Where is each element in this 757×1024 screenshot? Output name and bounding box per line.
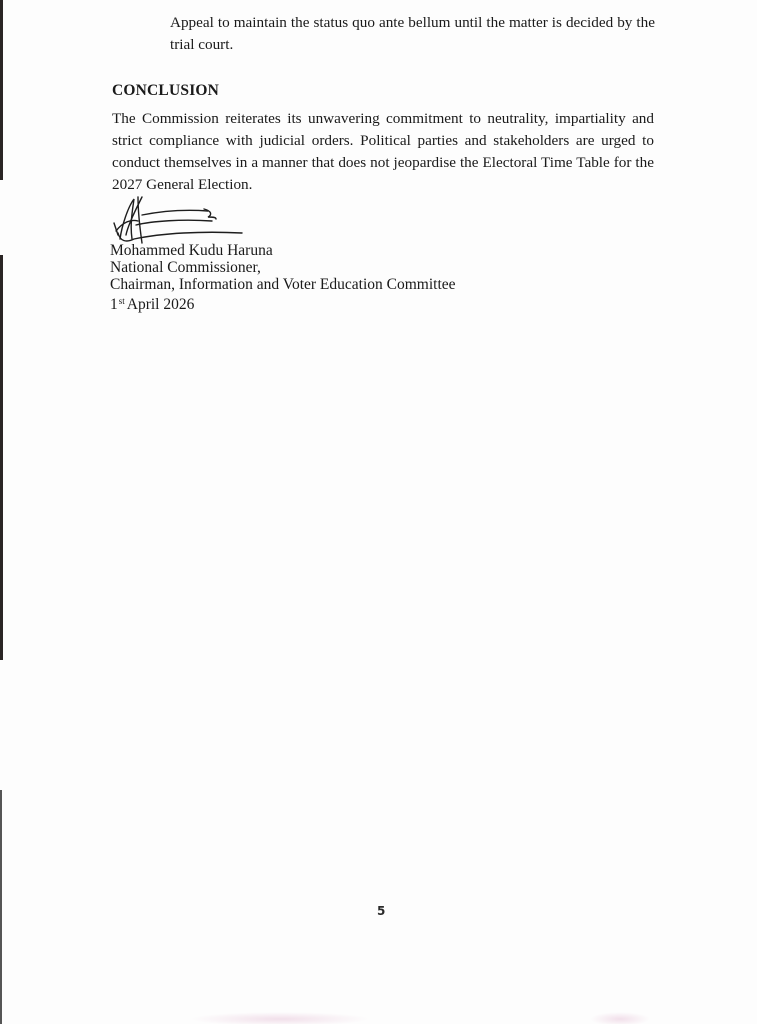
scan-artifact bbox=[190, 1012, 370, 1024]
signature-block: Mohammed Kudu Haruna National Commission… bbox=[110, 242, 456, 313]
section-heading: CONCLUSION bbox=[112, 82, 219, 100]
signature-icon bbox=[112, 195, 272, 245]
scan-edge-shadow bbox=[0, 255, 3, 660]
conclusion-paragraph: The Commission reiterates its unwavering… bbox=[112, 108, 654, 196]
document-date: 1stApril 2026 bbox=[110, 293, 456, 313]
signatory-role: Chairman, Information and Voter Educatio… bbox=[110, 276, 456, 293]
scan-edge-shadow bbox=[0, 790, 2, 1024]
document-page: Appeal to maintain the status quo ante b… bbox=[0, 0, 757, 1024]
scan-edge-shadow bbox=[0, 0, 3, 180]
signatory-name: Mohammed Kudu Haruna bbox=[110, 242, 456, 259]
continuation-paragraph: Appeal to maintain the status quo ante b… bbox=[170, 12, 655, 56]
signatory-title: National Commissioner, bbox=[110, 259, 456, 276]
scan-artifact bbox=[590, 1012, 650, 1024]
page-number: 5 bbox=[377, 904, 385, 918]
